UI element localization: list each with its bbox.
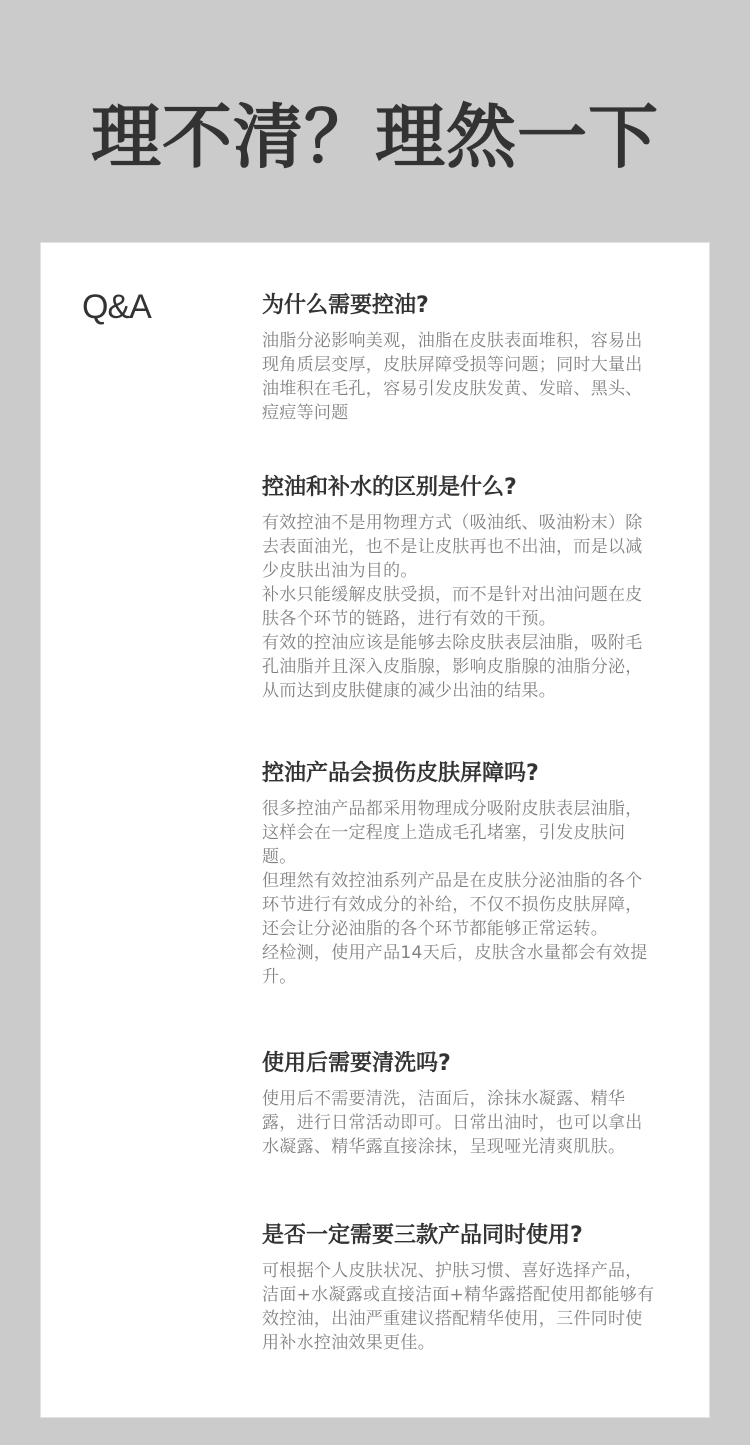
answer-line: 现角质层变厚，皮肤屏障受损等问题；同时大量出 xyxy=(262,353,667,377)
answer-line: 还会让分泌油脂的各个环节都能够正常运转。 xyxy=(262,917,667,941)
qa-item-oil-vs-hydration: 控油和补水的区别是什么? 有效控油不是用物理方式（吸油纸、吸油粉末）除 去表面油… xyxy=(262,473,667,703)
answer-line: 使用后不需要清洗，洁面后，涂抹水凝露、精华 xyxy=(262,1087,667,1111)
question-title: 使用后需要清洗吗? xyxy=(262,1049,667,1079)
question-title: 控油产品会损伤皮肤屏障吗? xyxy=(262,759,667,789)
answer-line: 痘痘等问题 xyxy=(262,401,667,425)
answer-line: 但理然有效控油系列产品是在皮肤分泌油脂的各个 xyxy=(262,869,667,893)
qa-item-rinse-after-use: 使用后需要清洗吗? 使用后不需要清洗，洁面后，涂抹水凝露、精华 露，进行日常活动… xyxy=(262,1049,667,1159)
answer-line: 用补水控油效果更佳。 xyxy=(262,1331,667,1355)
answer-line: 孔油脂并且深入皮脂腺，影响皮脂腺的油脂分泌， xyxy=(262,655,667,679)
answer-line: 水凝露、精华露直接涂抹，呈现哑光清爽肌肤。 xyxy=(262,1135,667,1159)
question-title: 是否一定需要三款产品同时使用? xyxy=(262,1221,667,1251)
qa-item-oil-control-need: 为什么需要控油? 油脂分泌影响美观，油脂在皮肤表面堆积，容易出 现角质层变厚，皮… xyxy=(262,291,667,425)
answer-line: 环节进行有效成分的补给，不仅不损伤皮肤屏障， xyxy=(262,893,667,917)
answer-line: 题。 xyxy=(262,845,667,869)
answer-line: 可根据个人皮肤状况、护肤习惯、喜好选择产品， xyxy=(262,1259,667,1283)
qa-item-barrier-damage: 控油产品会损伤皮肤屏障吗? 很多控油产品都采用物理成分吸附皮肤表层油脂， 这样会… xyxy=(262,759,667,989)
answer-line: 补水只能缓解皮肤受损，而不是针对出油问题在皮 xyxy=(262,583,667,607)
answer-line: 有效的控油应该是能够去除皮肤表层油脂，吸附毛 xyxy=(262,631,667,655)
page-title: 理不清？理然一下 xyxy=(0,92,750,182)
answer-line: 从而达到皮肤健康的减少出油的结果。 xyxy=(262,679,667,703)
answer-line: 露，进行日常活动即可。日常出油时，也可以拿出 xyxy=(262,1111,667,1135)
answer-line: 很多控油产品都采用物理成分吸附皮肤表层油脂， xyxy=(262,797,667,821)
answer-line: 效控油，出油严重建议搭配精华使用，三件同时使 xyxy=(262,1307,667,1331)
answer-line: 升。 xyxy=(262,965,667,989)
answer-line: 肤各个环节的链路，进行有效的干预。 xyxy=(262,607,667,631)
answer-line: 经检测，使用产品14天后，皮肤含水量都会有效提 xyxy=(262,941,667,965)
answer-line: 油脂分泌影响美观，油脂在皮肤表面堆积，容易出 xyxy=(262,329,667,353)
qa-card: Q&A 为什么需要控油? 油脂分泌影响美观，油脂在皮肤表面堆积，容易出 现角质层… xyxy=(40,242,710,1418)
answer-line: 去表面油光，也不是让皮肤再也不出油，而是以减 xyxy=(262,535,667,559)
answer-line: 油堆积在毛孔，容易引发皮肤发黄、发暗、黑头、 xyxy=(262,377,667,401)
question-title: 为什么需要控油? xyxy=(262,291,667,321)
qa-item-three-products: 是否一定需要三款产品同时使用? 可根据个人皮肤状况、护肤习惯、喜好选择产品， 洁… xyxy=(262,1221,667,1355)
answer-line: 有效控油不是用物理方式（吸油纸、吸油粉末）除 xyxy=(262,511,667,535)
answer-line: 少皮肤出油为目的。 xyxy=(262,559,667,583)
answer-line: 这样会在一定程度上造成毛孔堵塞，引发皮肤问 xyxy=(262,821,667,845)
question-title: 控油和补水的区别是什么? xyxy=(262,473,667,503)
qa-label: Q&A xyxy=(82,287,151,327)
answer-line: 洁面+水凝露或直接洁面+精华露搭配使用都能够有 xyxy=(262,1283,667,1307)
